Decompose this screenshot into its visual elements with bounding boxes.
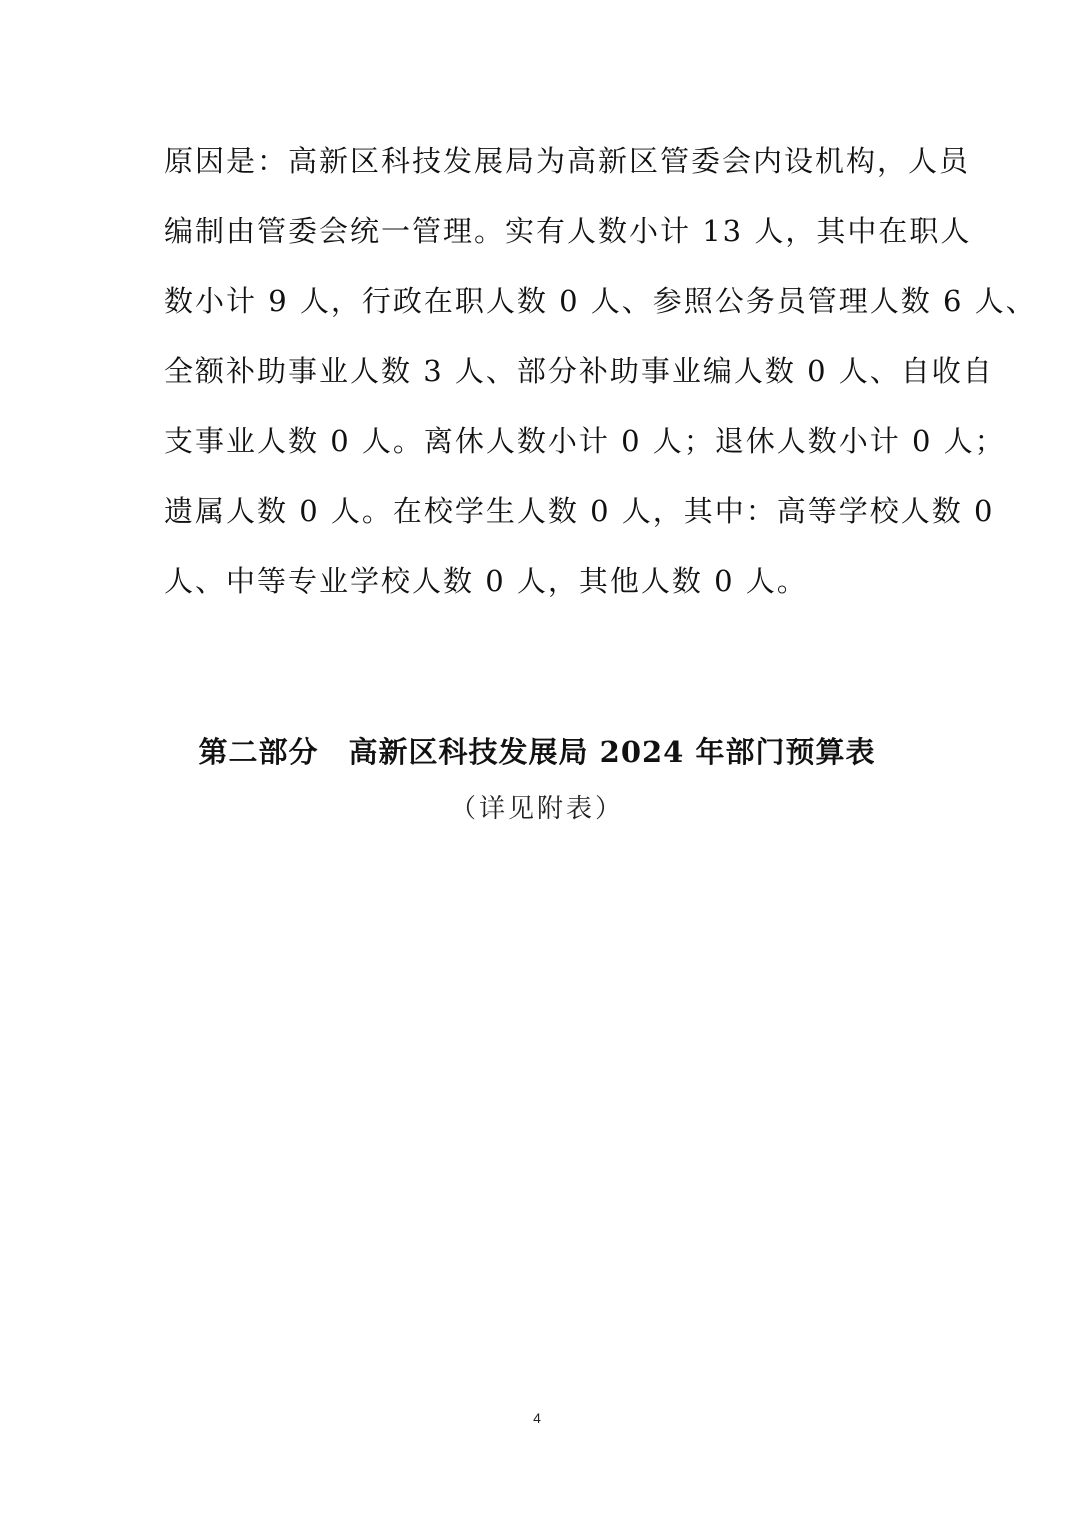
paragraph-line: 全额补助事业人数 3 人、部分补助事业编人数 0 人、自收自: [164, 346, 914, 416]
section-title: 第二部分 高新区科技发展局 2024 年部门预算表: [0, 730, 1074, 771]
paragraph-line: 数小计 9 人，行政在职人数 0 人、参照公务员管理人数 6 人、: [164, 276, 914, 346]
section-subtitle: （详见附表）: [0, 788, 1074, 825]
paragraph-line: 遗属人数 0 人。在校学生人数 0 人，其中：高等学校人数 0: [164, 486, 914, 556]
paragraph-line: 原因是：高新区科技发展局为高新区管委会内设机构，人员: [164, 136, 914, 206]
page-number: 4: [0, 1410, 1074, 1426]
paragraph-line: 支事业人数 0 人。离休人数小计 0 人；退休人数小计 0 人；: [164, 416, 914, 486]
staffing-paragraph: 原因是：高新区科技发展局为高新区管委会内设机构，人员 编制由管委会统一管理。实有…: [164, 136, 914, 626]
paragraph-line: 人、中等专业学校人数 0 人，其他人数 0 人。: [164, 556, 914, 626]
paragraph-line: 编制由管委会统一管理。实有人数小计 13 人，其中在职人: [164, 206, 914, 276]
